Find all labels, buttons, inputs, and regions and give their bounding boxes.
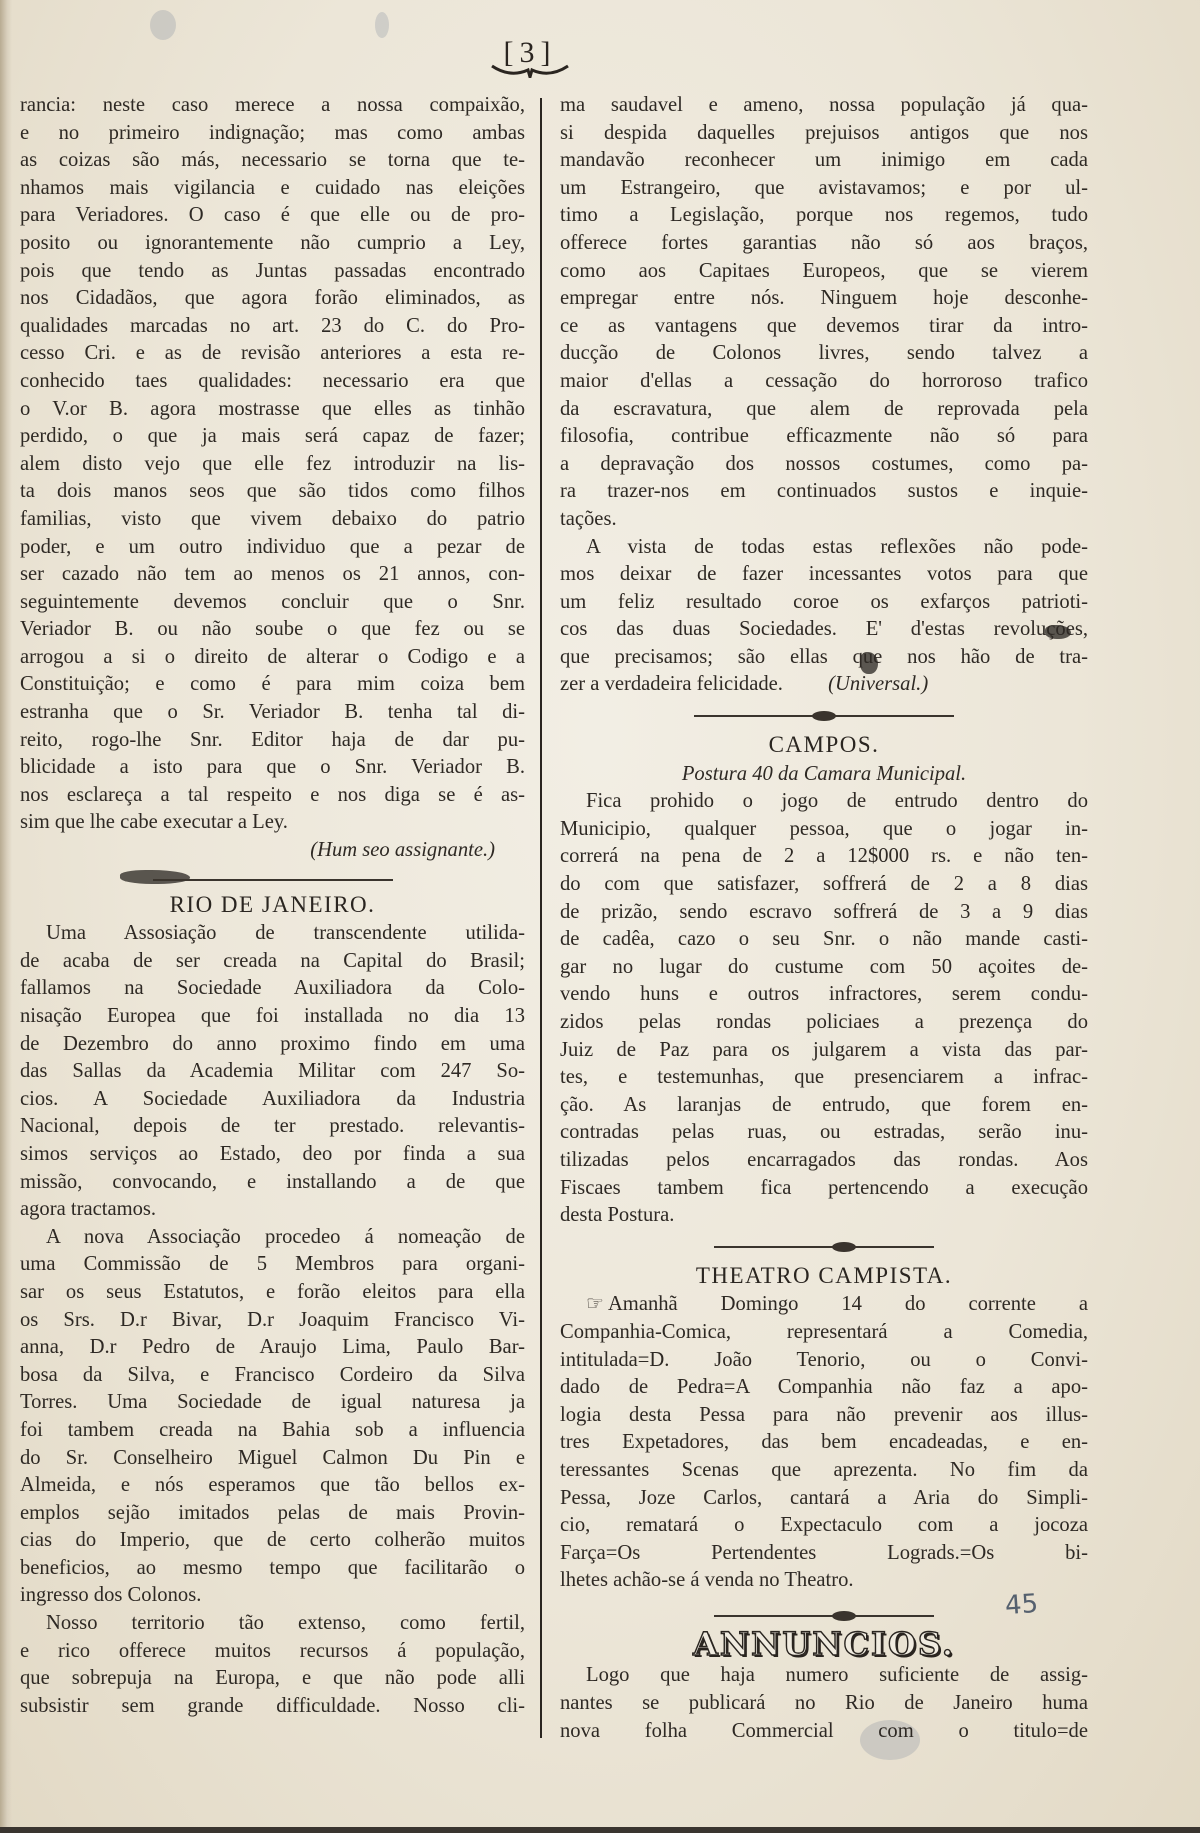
letter-continuation: rancia: neste caso merece a nossa compai… [20, 92, 525, 865]
binding-edge [0, 0, 12, 1833]
text-line: teressantes Scenas que aprezenta. No fim… [560, 1457, 1088, 1485]
text-line: Fiscaes tambem fica pertencendo a execuç… [560, 1175, 1088, 1203]
text-line: intitulada=D. João Tenorio, ou o Convi- [560, 1347, 1088, 1375]
text-line: Logo que haja numero suficiente de assig… [560, 1662, 1088, 1690]
campos-section: CAMPOS. Postura 40 da Camara Municipal. … [560, 731, 1088, 1230]
text-line: nhamos mais vigilancia e cuidado nas ele… [20, 175, 525, 203]
text-line: perdido, o que ja mais será capaz de faz… [20, 423, 525, 451]
text-line: Juiz de Paz para os julgarem a vista das… [560, 1037, 1088, 1065]
text-line: missão, convocando, e installando a de q… [20, 1169, 525, 1197]
text-line: tres Expetadores, das bem encadeadas, e … [560, 1429, 1088, 1457]
text-line: blicidade a isto para que o Snr. Veriado… [20, 754, 525, 782]
text-line: de Dezembro do anno proximo findo em uma [20, 1031, 525, 1059]
text-line: tilizadas pelos encarragados das rondas.… [560, 1147, 1088, 1175]
text-line: ra trazer-nos em continuados sustos e in… [560, 478, 1088, 506]
text-line: Nacional, depois de ter prestado. releva… [20, 1113, 525, 1141]
text-line: tações. [560, 506, 1088, 534]
text-line: tes, e testemunhas, que presenciarem a i… [560, 1064, 1088, 1092]
text-line: contradas pelas ruas, ou estradas, serão… [560, 1119, 1088, 1147]
text-line: nos esclareça a tal respeito e nos diga … [20, 782, 525, 810]
text-line: o V.or B. agora mostrasse que elles as t… [20, 396, 525, 424]
text-line: que precisamos; são ellas que nos hão de… [560, 644, 1088, 672]
text-line: ce as vantagens que devemos tirar da int… [560, 313, 1088, 341]
page-bottom-edge [0, 1827, 1200, 1833]
column-divider [540, 98, 542, 1738]
text-line: nos Cidadãos, que agora forão eliminados… [20, 285, 525, 313]
signature: (Hum seo assignante.) [20, 837, 525, 865]
text-line: ser cazado não tem ao menos os 21 annos,… [20, 561, 525, 589]
text-line: pois que tendo as Juntas passadas encont… [20, 258, 525, 286]
section-heading: THEATRO CAMPISTA. [560, 1262, 1088, 1290]
text-line: offerece fortes garantias não só aos bra… [560, 230, 1088, 258]
announcement-text: Amanhã Domingo 14 do corrente a [608, 1293, 1088, 1315]
text-line: sim que lhe cabe executar a Ley. [20, 809, 525, 837]
text-line: poder, e um outro individuo que a pezar … [20, 534, 525, 562]
text-line: e no primeiro indignação; mas como ambas [20, 120, 525, 148]
theatro-campista-section: THEATRO CAMPISTA. ☞Amanhã Domingo 14 do … [560, 1262, 1088, 1595]
text-line: da escravatura, que alem de reprovada pe… [560, 396, 1088, 424]
text-line: foi tambem creada na Bahia sob a influen… [20, 1417, 525, 1445]
text-line: beneficios, ao mesmo tempo que facilitar… [20, 1555, 525, 1583]
ornamental-divider [714, 1242, 934, 1252]
section-divider [153, 879, 393, 881]
text-line: de prizão, sendo escravo soffrerá de 3 a… [560, 899, 1088, 927]
text-line: correrá na pena de 2 a 12$000 rs. e não … [560, 843, 1088, 871]
text-line: reito, rogo-lhe Snr. Editor haja de dar … [20, 727, 525, 755]
text-line: nisação Europea que foi installada no di… [20, 1003, 525, 1031]
text-line: de cadêa, cazo o seu Snr. o não mande ca… [560, 926, 1088, 954]
text-line: seguintemente devemos concluir que o Snr… [20, 589, 525, 617]
text-line: que sobrepuja na Europa, e que não pode … [20, 1665, 525, 1693]
handwritten-annotation: 45 [1004, 1589, 1039, 1621]
text-line: uma Commissão de 5 Membros para organi- [20, 1251, 525, 1279]
text-line: emplos sejão imitados pelas de mais Prov… [20, 1500, 525, 1528]
text-line: Pessa, Joze Carlos, cantará a Aria do Si… [560, 1485, 1088, 1513]
text-line: simos serviços ao Estado, deo por finda … [20, 1141, 525, 1169]
rio-de-janeiro-section: RIO DE JANEIRO. Uma Assosiação de transc… [20, 891, 525, 1721]
text-line: de acaba de ser creada na Capital do Bra… [20, 948, 525, 976]
text-line: A vista de todas estas reflexões não pod… [560, 534, 1088, 562]
text-line: Constituição; e como é para mim coiza be… [20, 671, 525, 699]
text-line: um Estrangeiro, que avistavamos; e por u… [560, 175, 1088, 203]
text-line: zer a verdadeira felicidade. (Universal.… [560, 671, 1088, 699]
text-line: desta Postura. [560, 1202, 1088, 1230]
text-line: maior d'ellas a cessação do horroroso tr… [560, 368, 1088, 396]
section-heading: CAMPOS. [560, 731, 1088, 759]
text-line: Nosso territorio tão extenso, como ferti… [20, 1610, 525, 1638]
article-continuation: ma saudavel e ameno, nossa população já … [560, 92, 1088, 699]
text-line: do Sr. Conselheiro Miguel Calmon Du Pin … [20, 1445, 525, 1473]
text-line: familias, visto que vivem debaixo do pat… [20, 506, 525, 534]
text-line: filosofia, contribue efficazmente não só… [560, 423, 1088, 451]
page-number: [3] [475, 36, 585, 78]
text-line: fallamos na Sociedade Auxiliadora da Col… [20, 975, 525, 1003]
text-line: arrogou a si o direito de alterar o Codi… [20, 644, 525, 672]
text-line: mandavão reconhecer um inimigo em cada [560, 147, 1088, 175]
text-line: das Sallas da Academia Militar com 247 S… [20, 1058, 525, 1086]
text-line: ção. As laranjas de entrudo, que forem e… [560, 1092, 1088, 1120]
text-line: ta dois manos seos que são tidos como fi… [20, 478, 525, 506]
water-stain [375, 12, 389, 38]
text-line: gar no lugar do custume com 50 açoites d… [560, 954, 1088, 982]
text-line: bosa da Silva, e Francisco Cordeiro da S… [20, 1362, 525, 1390]
text-line: qualidades marcadas no art. 23 do C. do … [20, 313, 525, 341]
text-line: cio, rematará o Expectaculo com a jocoza [560, 1512, 1088, 1540]
text-line: como aos Capitaes Europeos, que se viere… [560, 258, 1088, 286]
text-line: estranha que o Sr. Veriador B. tenha tal… [20, 699, 525, 727]
text-line: alem disto vejo que elle fez introduzir … [20, 451, 525, 479]
text-line: rancia: neste caso merece a nossa compai… [20, 92, 525, 120]
section-heading: RIO DE JANEIRO. [20, 891, 525, 919]
text-line: Farça=Os Pertendentes Lograds.=Os bi- [560, 1540, 1088, 1568]
text-line: Fica prohido o jogo de entrudo dentro do [560, 788, 1088, 816]
ornamental-divider [694, 711, 954, 721]
section-subheading: Postura 40 da Camara Municipal. [560, 761, 1088, 789]
text-line: Torres. Uma Sociedade de igual naturesa … [20, 1389, 525, 1417]
text-line: Almeida, e nós esperamos que tão bellos … [20, 1472, 525, 1500]
text-line: zidos pelas rondas policiaes a prezença … [560, 1009, 1088, 1037]
text-line: as coizas são más, necessario se torna q… [20, 147, 525, 175]
water-stain [150, 10, 176, 40]
text-line: sar os seus Estatutos, e forão eleitos p… [20, 1279, 525, 1307]
text-line: mos deixar de fazer incessantes votos pa… [560, 561, 1088, 589]
text-line: um feliz resultado coroe os exfarços pat… [560, 589, 1088, 617]
left-column: rancia: neste caso merece a nossa compai… [20, 92, 525, 1720]
text-line: nantes se publicará no Rio de Janeiro hu… [560, 1690, 1088, 1718]
text-line: Companhia-Comica, representará a Comedia… [560, 1319, 1088, 1347]
text-line: Veriador B. ou não soube o que fez ou se [20, 616, 525, 644]
page-number-text: [3] [504, 36, 557, 69]
text-line: empregar entre nós. Ninguem hoje desconh… [560, 285, 1088, 313]
text-line: a depravação dos nossos costumes, como p… [560, 451, 1088, 479]
text-line: si despida daquelles prejuisos antigos q… [560, 120, 1088, 148]
text-line: Municipio, qualquer pessoa, que o jogar … [560, 816, 1088, 844]
text-line: anna, D.r Pedro de Araujo Lima, Paulo Ba… [20, 1334, 525, 1362]
ornamental-divider [714, 1611, 934, 1621]
source-citation: (Universal.) [828, 673, 928, 695]
text-line: subsistir sem grande difficuldade. Nosso… [20, 1693, 525, 1721]
text-line: vendo huns e outros infractores, serem c… [560, 981, 1088, 1009]
section-heading: ANNUNCIOS. [560, 1631, 1088, 1659]
text-line: os Srs. D.r Bivar, D.r Joaquim Francisco… [20, 1307, 525, 1335]
text-line: conhecido taes qualidades: necessario er… [20, 368, 525, 396]
text-line: do com que satisfazer, soffrerá de 2 a 8… [560, 871, 1088, 899]
text-line: ducção de Colonos livres, sendo talvez a [560, 340, 1088, 368]
text-line: nova folha Commercial com o titulo=de [560, 1718, 1088, 1746]
text-line: Uma Assosiação de transcendente utilida- [20, 920, 525, 948]
text-line: ingresso dos Colonos. [20, 1582, 525, 1610]
closing-text: zer a verdadeira felicidade. [560, 673, 783, 695]
text-line: e rico offerece muitos recursos á popula… [20, 1638, 525, 1666]
text-line: timo a Legislação, porque nos regemos, t… [560, 202, 1088, 230]
text-line: para Veriadores. O caso é que elle ou de… [20, 202, 525, 230]
text-line: A nova Associação procedeo á nomeação de [20, 1224, 525, 1252]
text-line: cos das duas Sociedades. E' d'estas revo… [560, 616, 1088, 644]
text-line: posito ou ignorantemente não cumprio a L… [20, 230, 525, 258]
text-line: cesso Cri. e as de revisão anteriores a … [20, 340, 525, 368]
annuncios-section: ANNUNCIOS. Logo que haja numero suficien… [560, 1631, 1088, 1745]
text-line: dado de Pedra=A Companhia não faz a apo- [560, 1374, 1088, 1402]
text-line: cios. A Sociedade Auxiliadora da Industr… [20, 1086, 525, 1114]
text-line: ☞Amanhã Domingo 14 do corrente a [560, 1291, 1088, 1319]
right-column: ma saudavel e ameno, nossa população já … [560, 92, 1088, 1745]
text-line: ma saudavel e ameno, nossa população já … [560, 92, 1088, 120]
text-line: agora tractamos. [20, 1196, 525, 1224]
pointing-hand-icon: ☞ [586, 1291, 604, 1319]
text-line: cias do Imperio, que de certo colherão m… [20, 1527, 525, 1555]
text-line: logia desta Pessa para não prevenir aos … [560, 1402, 1088, 1430]
